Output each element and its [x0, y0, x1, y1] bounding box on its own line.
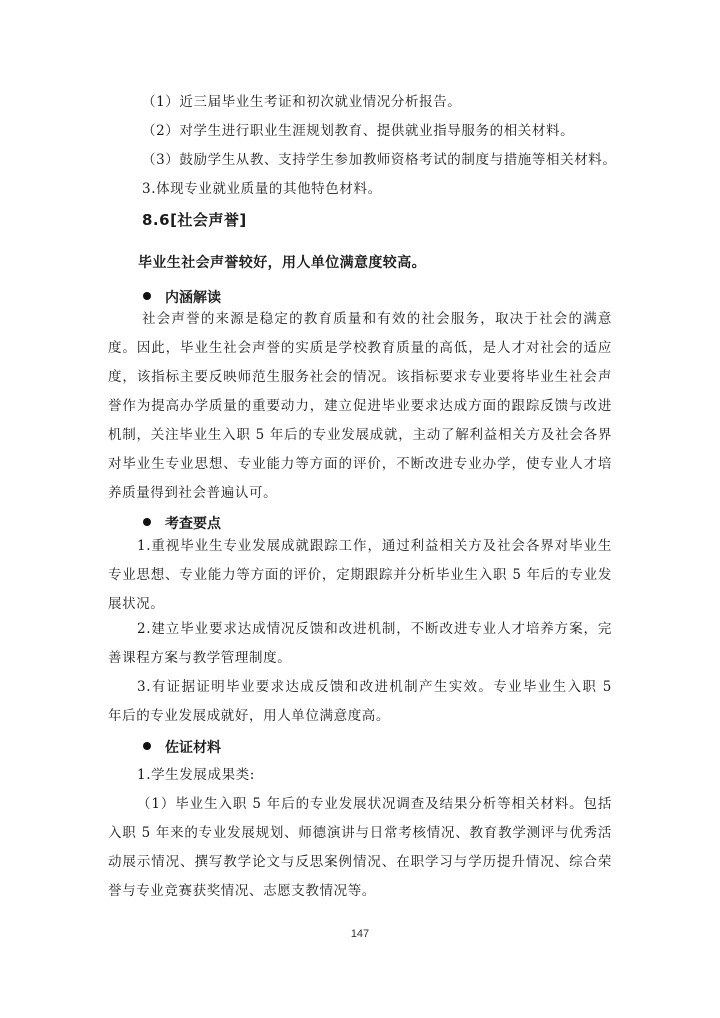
- paragraph-line: 善课程方案与教学管理制度。: [108, 648, 612, 668]
- paragraph-line: 动展示情况、撰写教学论文与反思案例情况、在职学习与学历提升情况、综合荣: [108, 852, 612, 872]
- subsection-title: 考查要点: [165, 516, 221, 532]
- list-item: （2）对学生进行职业生涯规划教育、提供就业指导服务的相关材料。: [142, 121, 646, 141]
- page-number: 147: [0, 928, 720, 940]
- paragraph-line: 誉作为提高办学质量的重要动力，建立促进毕业要求达成方面的跟踪反馈与改进: [108, 396, 612, 416]
- paragraph-line: 1.学生发展成果类:: [137, 765, 641, 785]
- bullet-icon: [143, 292, 151, 300]
- subsection-title: 佐证材料: [165, 740, 221, 756]
- subsection-evidence: 佐证材料: [143, 737, 221, 757]
- document-page: （1）近三届毕业生考证和初次就业情况分析报告。 （2）对学生进行职业生涯规划教育…: [0, 0, 720, 1018]
- subsection-title: 内涵解读: [165, 290, 221, 306]
- paragraph-line: 社会声誉的来源是稳定的教育质量和有效的社会服务，取决于社会的满意: [142, 309, 612, 329]
- paragraph-line: 展状况。: [108, 594, 612, 614]
- paragraph-line: 度，该指标主要反映师范生服务社会的情况。该指标要求专业要将毕业生社会声: [108, 367, 612, 387]
- standard-statement: 毕业生社会声誉较好，用人单位满意度较高。: [138, 253, 642, 273]
- paragraph-line: 专业思想、专业能力等方面的评价，定期跟踪并分析毕业生入职 5 年后的专业发: [108, 565, 612, 585]
- paragraph-line: 2.建立毕业要求达成情况反馈和改进机制，不断改进专业人才培养方案，完: [137, 619, 612, 639]
- section-heading: 8.6[社会声誉]: [142, 210, 646, 230]
- paragraph-line: 誉与专业竞赛获奖情况、志愿支教情况等。: [108, 881, 612, 901]
- subsection-interpretation: 内涵解读: [143, 287, 221, 307]
- list-item: 3.体现专业就业质量的其他特色材料。: [142, 179, 646, 199]
- paragraph-line: （1）毕业生入职 5 年后的专业发展状况调查及结果分析等相关材料。包括: [137, 794, 612, 814]
- list-item: （3）鼓励学生从教、支持学生参加教师资格考试的制度与措施等相关材料。: [142, 150, 646, 170]
- subsection-key-points: 考查要点: [143, 513, 221, 533]
- paragraph-line: 1.重视毕业生专业发展成就跟踪工作，通过利益相关方及社会各界对毕业生: [137, 536, 612, 556]
- paragraph-line: 养质量得到社会普遍认可。: [108, 483, 612, 503]
- paragraph-line: 度。因此，毕业生社会声誉的实质是学校教育质量的高低，是人才对社会的适应: [108, 338, 612, 358]
- bullet-icon: [143, 742, 151, 750]
- paragraph-line: 年后的专业发展成就好，用人单位满意度高。: [108, 706, 612, 726]
- paragraph-line: 入职 5 年来的专业发展规划、师德演讲与日常考核情况、教育教学测评与优秀活: [108, 823, 612, 843]
- paragraph-line: 对毕业生专业思想、专业能力等方面的评价，不断改进专业办学，使专业人才培: [108, 454, 612, 474]
- list-item: （1）近三届毕业生考证和初次就业情况分析报告。: [142, 92, 646, 112]
- paragraph-line: 机制，关注毕业生入职 5 年后的专业发展成就，主动了解利益相关方及社会各界: [108, 425, 612, 445]
- bullet-icon: [143, 518, 151, 526]
- paragraph-line: 3.有证据证明毕业要求达成反馈和改进机制产生实效。专业毕业生入职 5: [137, 677, 612, 697]
